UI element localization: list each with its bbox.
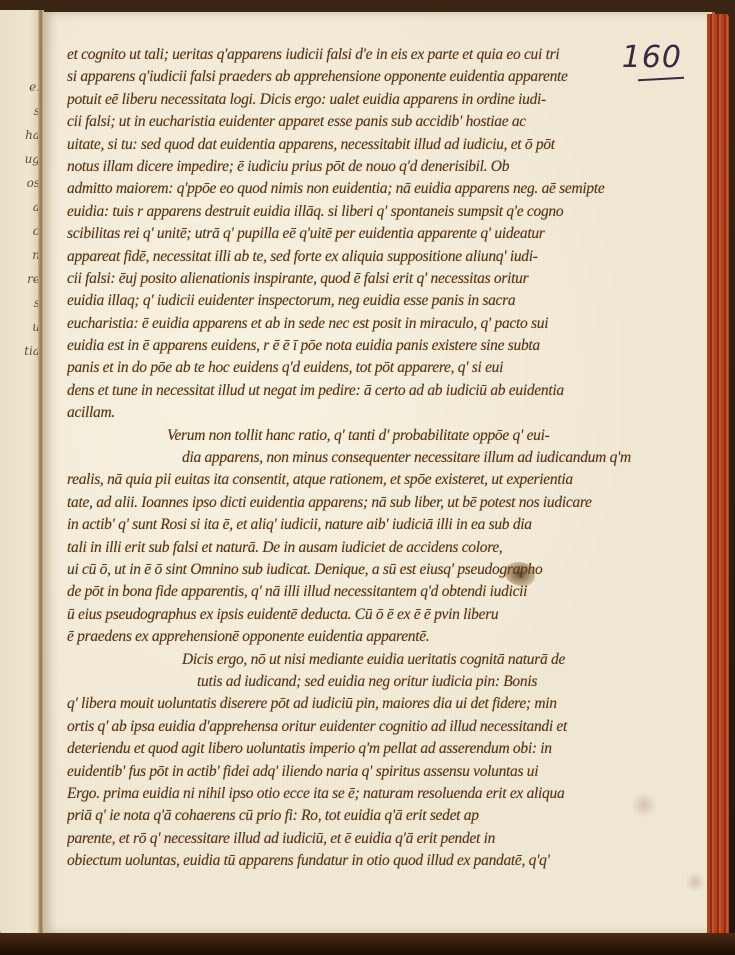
facing-page-fragment: re [0, 272, 40, 286]
paper-stain [631, 792, 657, 818]
manuscript-line: euidia est in ē apparens euidens, r ē ē … [67, 335, 667, 357]
manuscript-line: ui cū ō, ut in ē ō sint Omnino sub iudic… [67, 559, 667, 581]
manuscript-line: Ergo. prima euidia ni nihil ipso otio ec… [67, 783, 667, 805]
manuscript-line: realis, nā quia pii euitas ita consentit… [67, 469, 667, 491]
facing-page-fragment: ha [0, 128, 40, 142]
facing-page-fragment: ug [0, 152, 40, 166]
manuscript-line: euidentib' fus pōt in actib' fidei adq' … [67, 761, 667, 783]
manuscript-line: tate, ad alii. Ioannes ipso dicti euiden… [67, 492, 667, 514]
manuscript-page: 160 et cognito ut tali; ueritas q'appare… [43, 12, 715, 934]
manuscript-line: appareat fidē, necessitat illi ab te, se… [67, 246, 667, 268]
manuscript-line: de pōt in bona fide apparentis, q' nā il… [67, 581, 667, 603]
facing-page-fragment: s [0, 296, 40, 310]
facing-page-fragment: u [0, 320, 40, 334]
manuscript-line: ū eius pseudographus ex ipsis euidentē d… [67, 604, 667, 626]
manuscript-line: admitto maiorem: q'ppōe eo quod nimis no… [67, 178, 667, 200]
facing-page-fragment: a [0, 200, 40, 214]
manuscript-line: panis et in do pōe ab te hoc euidens q'd… [67, 357, 667, 379]
facing-page-fragment: tia [0, 344, 40, 358]
manuscript-line: si apparens q'iudicii falsi praeders ab … [67, 66, 667, 88]
manuscript-line: ortis q' ab ipsa euidia d'apprehensa ori… [67, 716, 667, 738]
manuscript-line: dia apparens, non minus consequenter nec… [67, 447, 667, 469]
facing-page-left: e.shaugosaonresutia [0, 10, 42, 935]
manuscript-line: euidia illaq; q' iudicii euidenter inspe… [67, 290, 667, 312]
manuscript-line: dens et tune in necessitat illud ut nega… [67, 380, 667, 402]
manuscript-line: tali in illi erit sub falsi et naturā. D… [67, 537, 667, 559]
book-binding-bottom [0, 933, 735, 955]
manuscript-line: et cognito ut tali; ueritas q'apparens i… [67, 44, 667, 66]
manuscript-line: scibilitas rei q' unitē; utrā q' pupilla… [67, 223, 667, 245]
facing-page-fragment: e. [0, 80, 40, 94]
manuscript-line: euidia: tuis r apparens destruit euidia … [67, 201, 667, 223]
manuscript-line: ē praedens ex apprehensionē opponente eu… [67, 626, 667, 648]
manuscript-line: Dicis ergo, nō ut nisi mediante euidia u… [67, 649, 667, 671]
facing-page-fragment: s [0, 104, 40, 118]
manuscript-scan: e.shaugosaonresutia 160 et cognito ut ta… [0, 0, 735, 955]
manuscript-line: deteriendu et quod agit libero uoluntati… [67, 738, 667, 760]
manuscript-line: parente, et rō q' necessitare illud ad i… [67, 828, 667, 850]
manuscript-line: cii falsi: ēuj posito alienationis inspi… [67, 268, 667, 290]
handwritten-text-block: et cognito ut tali; ueritas q'apparens i… [67, 44, 667, 872]
manuscript-line: cii falsi; ut in eucharistia euidenter a… [67, 111, 667, 133]
facing-page-fragment: n [0, 248, 40, 262]
manuscript-line: q' libera mouit uoluntatis diserere pōt … [67, 693, 667, 715]
manuscript-line: obiectum uoluntas, euidia tū apparens fu… [67, 850, 667, 872]
manuscript-line: Verum non tollit hanc ratio, q' tanti d'… [67, 425, 667, 447]
manuscript-line: priā q' ie nota q'ā cohaerens cū prio fi… [67, 805, 667, 827]
manuscript-line: acillam. [67, 402, 667, 424]
red-page-edge [707, 14, 729, 936]
manuscript-line: potuit eē liberu necessitata logi. Dicis… [67, 89, 667, 111]
facing-page-fragment: o [0, 224, 40, 238]
manuscript-line: in actib' q' sunt Rosi si ita ē, et aliq… [67, 514, 667, 536]
facing-page-fragment: os [0, 176, 40, 190]
manuscript-line: uitate, si tu: sed quod dat euidentia ap… [67, 134, 667, 156]
manuscript-line: notus illam dicere impedire; ē iudiciu p… [67, 156, 667, 178]
manuscript-line: tutis ad iudicand; sed euidia neg oritur… [67, 671, 667, 693]
paper-stain [685, 872, 705, 892]
manuscript-line: eucharistia: ē euidia apparens et ab in … [67, 313, 667, 335]
